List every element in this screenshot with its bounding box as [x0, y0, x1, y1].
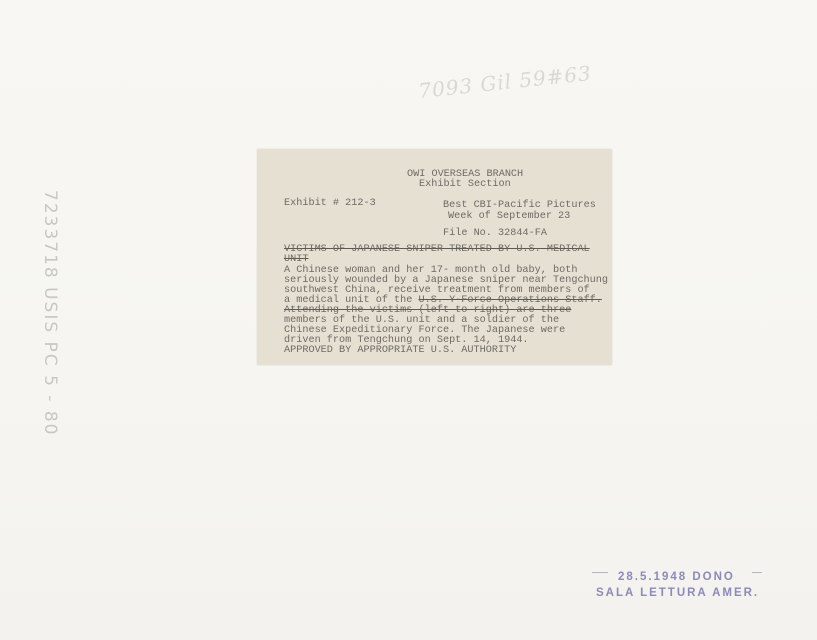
exhibit-number: Exhibit # 212-3: [284, 199, 376, 209]
struck-title-line-2: UNIT: [284, 255, 308, 265]
file-number: File No. 32844-FA: [443, 229, 547, 239]
caption-card: OWI OVERSEAS BRANCH Exhibit Section Exhi…: [257, 149, 612, 365]
photo-back-sheet: 7093 Gil 59#63 7233718 USIS PC 5 - 80 OW…: [0, 0, 817, 640]
card-header-section: Exhibit Section: [419, 180, 511, 190]
series-title: Best CBI-Pacific Pictures: [443, 201, 596, 211]
pencil-note-top: 7093 Gil 59#63: [417, 61, 593, 103]
stamp-date-line: 28.5.1948 DONO: [596, 569, 759, 585]
pencil-note-side: 7233718 USIS PC 5 - 80: [40, 190, 60, 410]
stamp-location-line: SALA LETTURA AMER.: [596, 585, 759, 601]
series-week: Week of September 23: [448, 212, 570, 222]
library-stamp: 28.5.1948 DONO SALA LETTURA AMER.: [596, 569, 759, 601]
approval-line: APPROVED BY APPROPRIATE U.S. AUTHORITY: [284, 346, 516, 356]
struck-title-line-1: VICTIMS OF JAPANESE SNIPER TREATED BY U.…: [284, 245, 590, 255]
